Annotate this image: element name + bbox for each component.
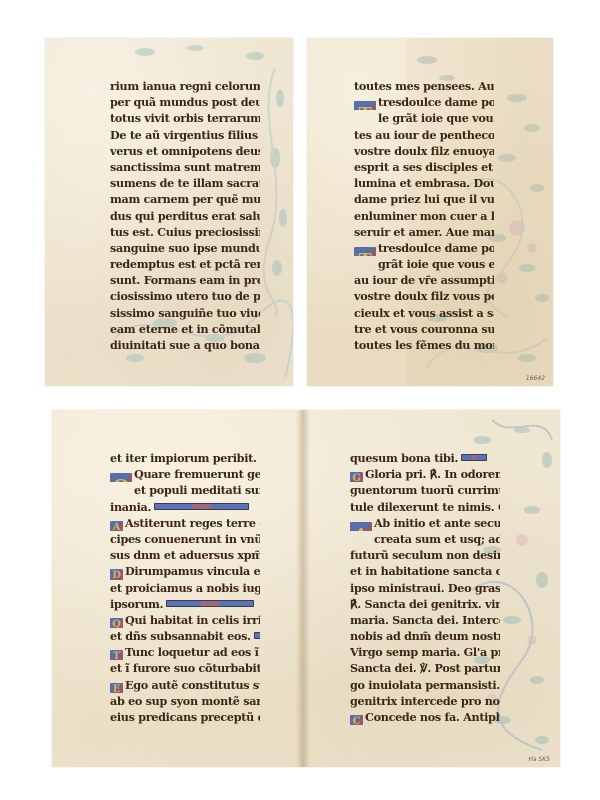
text-line: go inuiolata permansisti. ℟. Dei — [350, 677, 500, 693]
illuminated-initial-t: T — [354, 247, 376, 256]
text-line: sanctissima sunt matrem as — [110, 159, 260, 175]
text-line-content: et populi meditati sunt — [134, 483, 260, 497]
text-line: futurũ seculum non desinã — [350, 547, 500, 563]
text-line: sunt. Formans eam in pre — [110, 272, 260, 288]
text-line: Ttresdoulce dame pour pel — [354, 94, 494, 110]
illuminated-initial-g: G — [350, 472, 363, 482]
text-line: nobis ad dnm̃ deum nostrum. — [350, 628, 500, 644]
text-block: rium ianua regni celorum per quã mundus … — [110, 78, 260, 353]
text-line-content: creata sum et usq; ad — [374, 532, 500, 546]
illuminated-initial-a: A — [110, 521, 123, 531]
text-line-content: ipsorum. — [110, 597, 163, 611]
text-line-content: Ego autẽ constitutus sũ rex — [125, 678, 260, 692]
text-line: eius predicans preceptũ eius. — [110, 709, 260, 725]
text-line: grãt ioie que vous eustes — [354, 256, 494, 272]
text-line: GGloria pri. ℟. In odorem vn — [350, 466, 500, 482]
text-line: et dñs subsannabit eos. — [110, 628, 260, 644]
text-line: EEgo autẽ constitutus sũ rex — [110, 677, 260, 693]
line-filler-decoration — [254, 632, 260, 639]
text-line-content: tresdoulce dame pour pel — [378, 95, 494, 109]
text-line: dame priez lui que il vueille — [354, 191, 494, 207]
text-line: rium ianua regni celorum — [110, 78, 260, 94]
text-line: seruir et amer. Aue maria . — [354, 224, 494, 240]
text-line: QQuare fremuerunt gentes — [110, 466, 260, 482]
text-line: dus qui perditus erat salua — [110, 208, 260, 224]
text-line: et proiciamus a nobis iugum — [110, 580, 260, 596]
text-line: guentorum tuorũ currimus adolesc — [350, 482, 500, 498]
text-block: toutes mes pensees. Aue m . Ttresdoulce … — [354, 78, 494, 353]
text-line: maria. Sancta dei. Intercede pro — [350, 612, 500, 628]
text-line: vostre doulx filz enuoya le saint — [354, 143, 494, 159]
text-line: diuinitati sue a quo bona cũ — [110, 337, 260, 353]
leaf-top-left: rium ianua regni celorum per quã mundus … — [45, 38, 293, 386]
text-line: CConcede nos fa. Antiphi. — [350, 709, 500, 725]
text-line-content: Tunc loquetur ad eos ĩ ira sua — [125, 645, 260, 659]
text-line: inania. — [110, 499, 260, 515]
illuminated-initial-e: E — [110, 683, 123, 693]
text-line-content: Ab initio et ante secula — [374, 516, 500, 530]
text-line-content: Astiterunt reges terre et prin — [125, 516, 260, 530]
text-line-content: inania. — [110, 500, 151, 514]
illuminated-initial-d: D — [110, 569, 123, 579]
text-line: le grãt ioie que vous eus — [354, 110, 494, 126]
text-line: mam carnem per quẽ mun — [110, 191, 260, 207]
text-line: verus et omnipotens deus sicũ — [110, 143, 260, 159]
text-line: Virgo semp maria. Gl'a pri. — [350, 644, 500, 660]
text-line: creata sum et usq; ad — [350, 531, 500, 547]
pencil-annotation: Ha 5K5 — [528, 756, 550, 763]
text-line: et populi meditati sunt — [110, 482, 260, 498]
text-line-content: quesum bona tibi. — [350, 451, 458, 465]
text-line-content: Dirumpamus vincula eorũ — [125, 564, 260, 578]
text-line: Ttresdoulce dame pour icelle — [354, 240, 494, 256]
text-line-content: tresdoulce dame pour icelle — [378, 241, 494, 255]
text-line-content: Quare fremuerunt gentes — [134, 467, 260, 481]
text-line: Sancta dei. ℣. Post partum uir — [350, 660, 500, 676]
text-line: et iter impiorum peribit. — [110, 450, 260, 466]
bifolium-fold — [296, 410, 310, 767]
text-line: genitrix intercede pro nobis. Orõ — [350, 693, 500, 709]
text-block-right-page: quesum bona tibi. GGloria pri. ℟. In odo… — [350, 450, 500, 725]
text-line: eam eterne et in cõmutabili — [110, 321, 260, 337]
text-line: AAstiterunt reges terre et prin — [110, 515, 260, 531]
illuminated-initial-a: A — [350, 522, 372, 531]
text-line: cieulx et vous assist a sa dex — [354, 305, 494, 321]
text-line-content: Qui habitat in celis irridebit eos — [125, 613, 260, 627]
text-line: et in habitatione sancta coram — [350, 563, 500, 579]
text-line: per quã mundus post deum — [110, 94, 260, 110]
illuminated-initial-q: Q — [110, 473, 132, 482]
text-line: tre et vous couronna sur — [354, 321, 494, 337]
text-block-left-page: et iter impiorum peribit. QQuare fremuer… — [110, 450, 260, 725]
text-line: redemptus est et pctã remissa — [110, 256, 260, 272]
text-line: AAb initio et ante secula — [350, 515, 500, 531]
text-line-content: le grãt ioie que vous eus — [378, 111, 494, 125]
text-line: ipsorum. — [110, 596, 260, 612]
text-line: sissimo sanguiñe tuo viuens — [110, 305, 260, 321]
text-line: tus est. Cuius preciosissimo — [110, 224, 260, 240]
text-line-content: et dñs subsannabit eos. — [110, 629, 251, 643]
text-line-content: toutes mes pensees. Aue m . — [354, 79, 494, 93]
illuminated-initial-q: Q — [110, 618, 123, 628]
text-line: sanguine suo ipse mundus — [110, 240, 260, 256]
text-line: et ĩ furore suo cõturbabit eos — [110, 660, 260, 676]
text-line: tes au iour de penthecouste q̃nt — [354, 127, 494, 143]
illuminated-initial-t: T — [354, 101, 376, 110]
illuminated-initial-t: T — [110, 650, 123, 660]
line-filler-decoration — [166, 600, 254, 607]
text-line: sumens de te illam sacratissi — [110, 175, 260, 191]
text-line: ℟. Sancta dei genitrix. virgo semp — [350, 596, 500, 612]
text-line: cipes conuenerunt in vnũ adũ — [110, 531, 260, 547]
text-line: enluminer mon cuer a lui — [354, 208, 494, 224]
text-line: DDirumpamus vincula eorũ — [110, 563, 260, 579]
text-line-content: Gloria pri. ℟. In odorem vn — [365, 467, 500, 481]
leaf-top-right: toutes mes pensees. Aue m . Ttresdoulce … — [307, 38, 553, 386]
text-line: QQui habitat in celis irridebit eos — [110, 612, 260, 628]
text-line: quesum bona tibi. — [350, 450, 500, 466]
text-line-content: Concede nos fa. Antiphi. — [365, 710, 500, 724]
text-line: toutes mes pensees. Aue m . — [354, 78, 494, 94]
text-line: ipso ministraui. Deo gras. — [350, 580, 500, 596]
text-line: TTunc loquetur ad eos ĩ ira sua — [110, 644, 260, 660]
text-line-content: grãt ioie que vous eustes — [378, 257, 494, 271]
text-line: esprit a ses disciples et il le en — [354, 159, 494, 175]
text-line: tule dilexerunt te nimis. Cpl'm. — [350, 499, 500, 515]
illuminated-initial-c: C — [350, 715, 363, 725]
text-line: ab eo sup syon montẽ sanctum — [110, 693, 260, 709]
text-line: totus vivit orbis terrarum . — [110, 110, 260, 126]
text-line: De te aũ virgentius filius dei — [110, 127, 260, 143]
text-line: toutes les fẽmes du monde . — [354, 337, 494, 353]
line-filler-decoration — [154, 503, 249, 510]
leaf-bottom-bifolium: et iter impiorum peribit. QQuare fremuer… — [52, 410, 560, 767]
line-filler-decoration — [461, 454, 487, 461]
text-line: au iour de vr̃e assumption q̃nt — [354, 272, 494, 288]
text-line: lumina et embrasa. Doulce — [354, 175, 494, 191]
text-line-content: et iter impiorum peribit. — [110, 451, 257, 465]
text-line: ciosissimo utero tuo de precio — [110, 288, 260, 304]
text-line: sus dnm et aduersus xpm̃ eius. — [110, 547, 260, 563]
pencil-annotation: 16642 — [526, 375, 545, 382]
text-line: vostre doulx filz vous porta es — [354, 288, 494, 304]
